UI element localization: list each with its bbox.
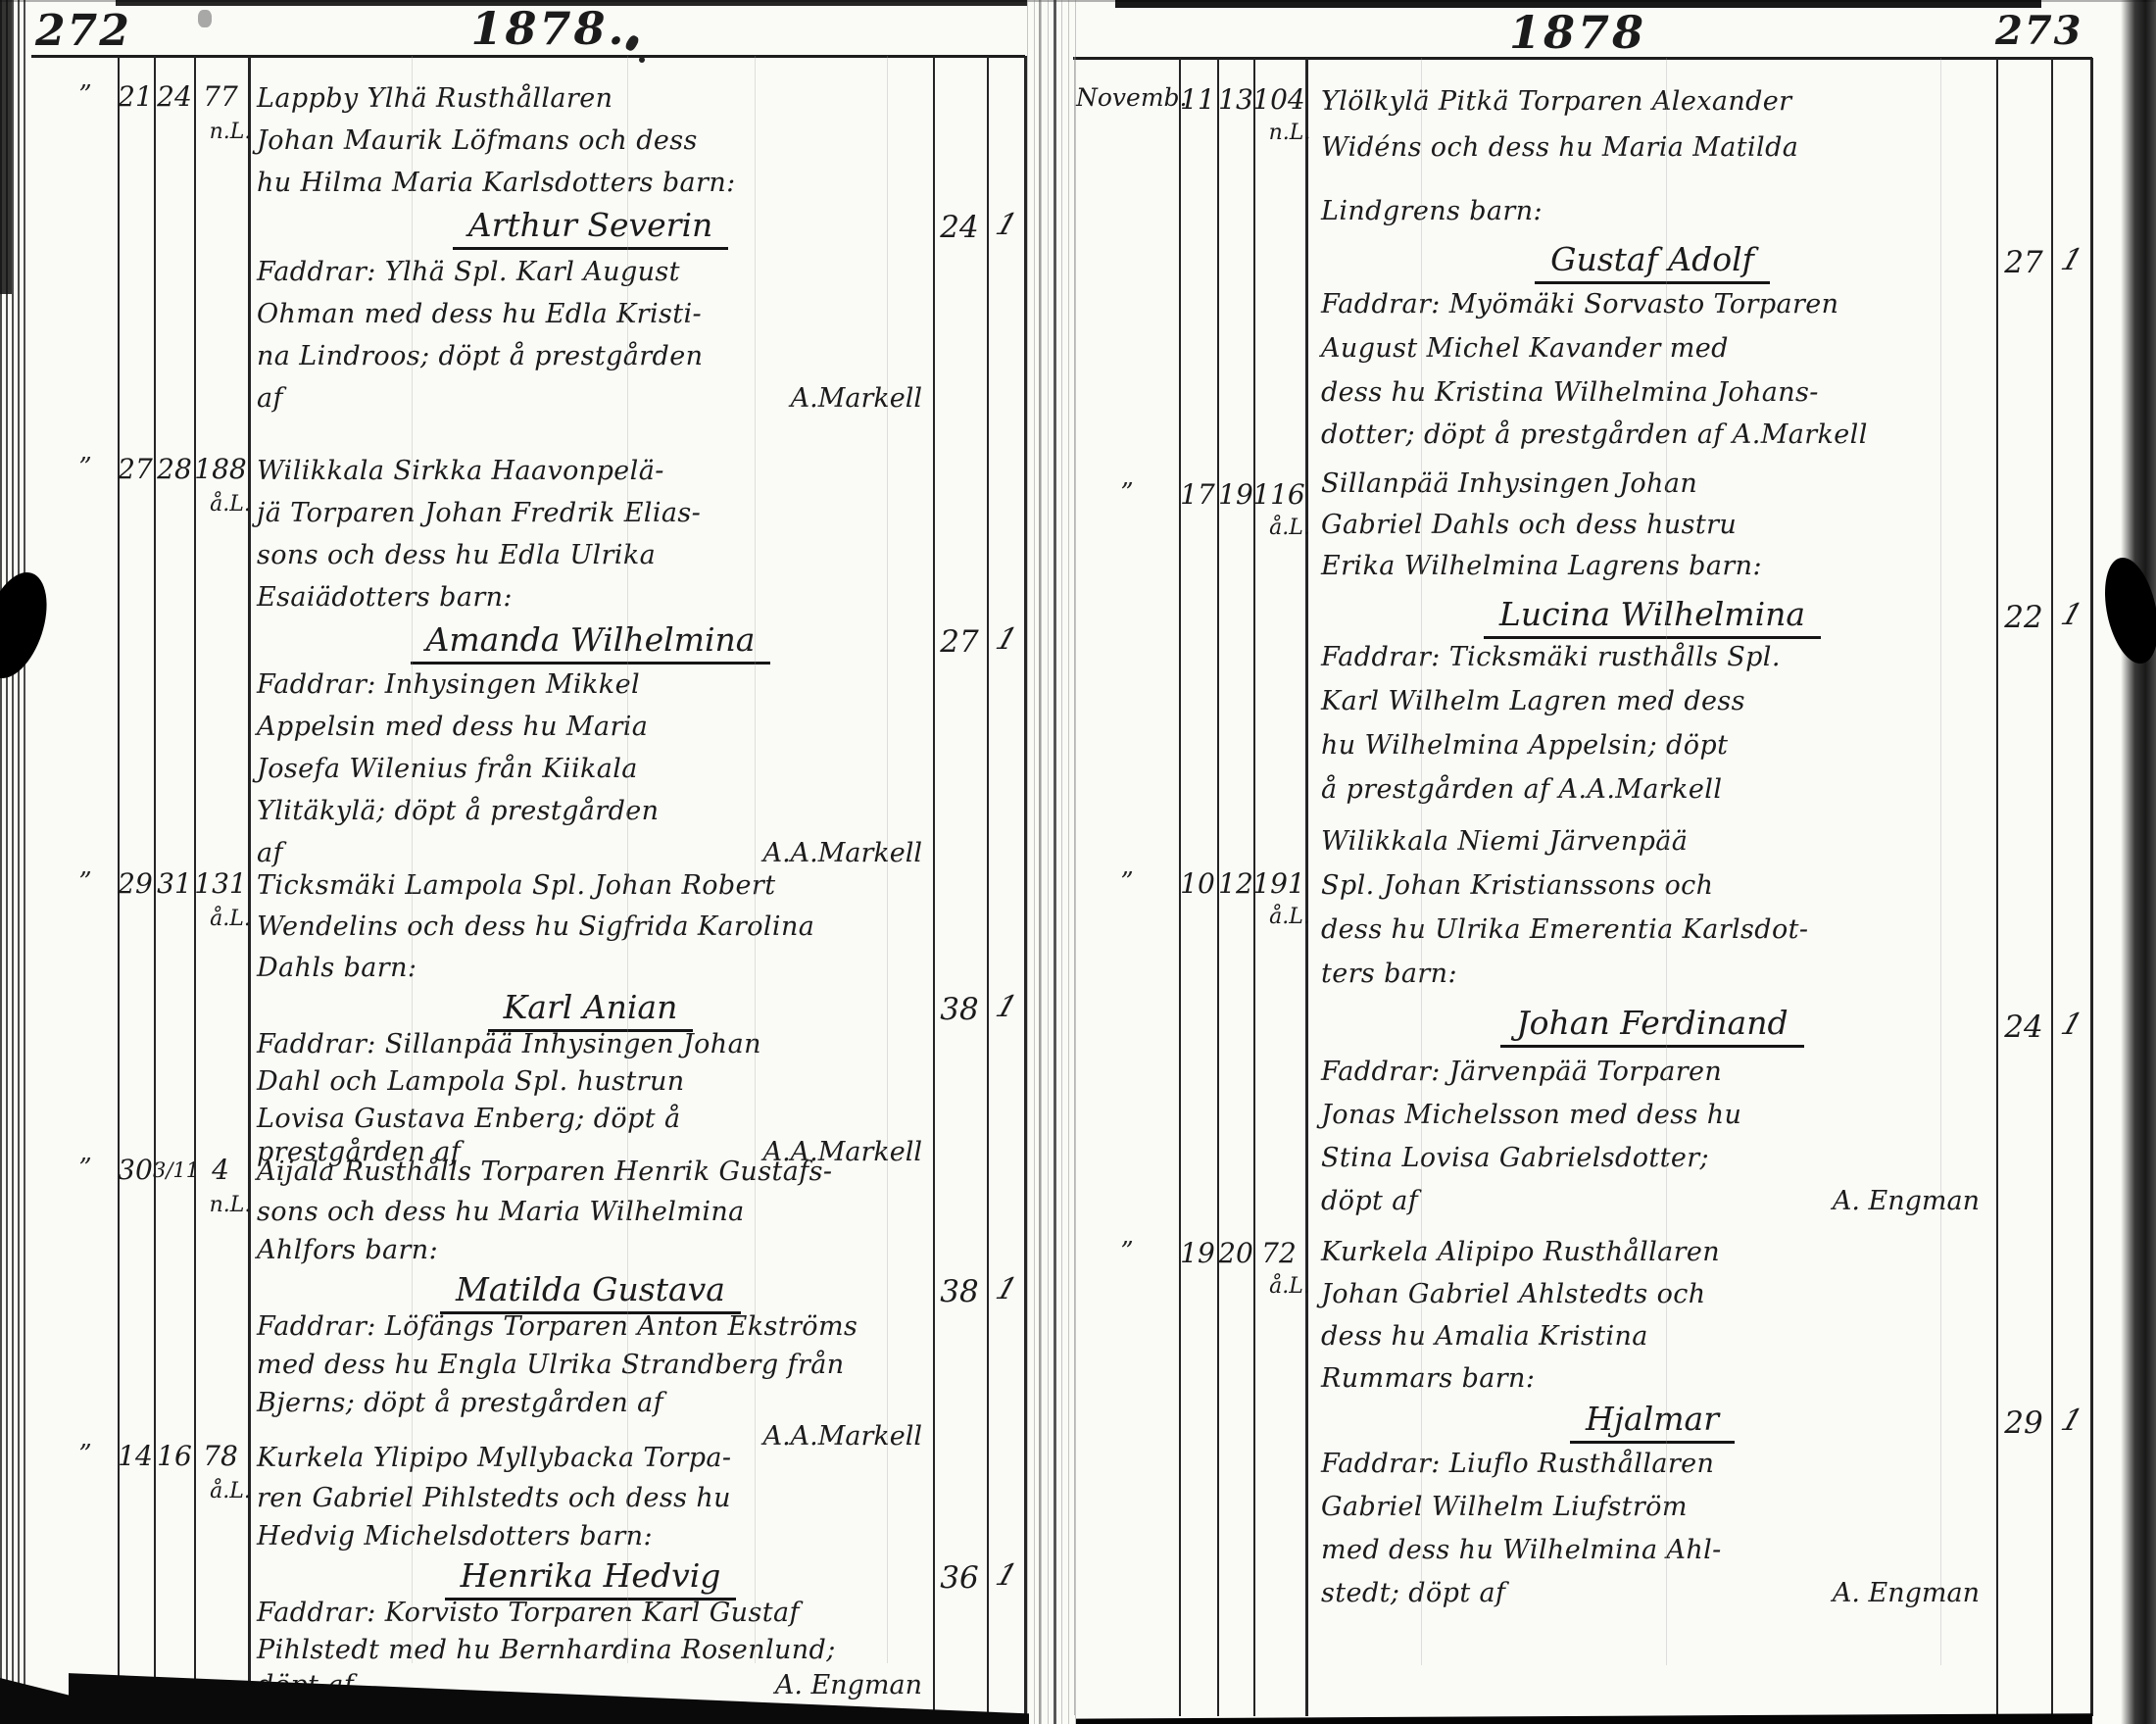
entry-text-line: Lindgrens barn: (1321, 196, 1543, 226)
scan-streak (1421, 58, 1422, 1665)
godparents-line: Faddrar: Liuflo Rusthållaren (1321, 1449, 1714, 1479)
child-name-text: Arthur Severin (453, 206, 729, 250)
record-number: 116 (1251, 478, 1306, 511)
godparents-line: å prestgården af A.A.Markell (1321, 774, 1722, 805)
godparents-line: Faddrar: Järvenpää Torparen (1321, 1057, 1722, 1087)
scan-streak (887, 56, 888, 1663)
entry-text-line: Aijala Rusthålls Torparen Henrik Gustafs… (257, 1157, 832, 1187)
godparents-line: Pihlstedt med hu Bernhardina Rosenlund; (257, 1635, 836, 1665)
day-born: 14 (116, 1440, 155, 1472)
record-number: 72 (1251, 1237, 1306, 1269)
column-line (1996, 58, 1998, 1716)
scan-left-blob (0, 565, 59, 686)
entry-text-line: sons och dess hu Maria Wilhelmina (257, 1197, 745, 1227)
entry-text-line: Johan Gabriel Ahlstedts och (1321, 1279, 1706, 1309)
day-baptized: 24 (153, 80, 196, 113)
record-note: n.L. (196, 120, 265, 144)
godparents-line: dotter; döpt å prestgården af A.Markell (1321, 419, 1868, 450)
margin-number: 38 (931, 1274, 988, 1309)
ditto-mark: ” (61, 80, 110, 110)
ditto-mark: ” (1102, 867, 1151, 897)
day-born: 10 (1177, 867, 1218, 900)
record-number: 77 (192, 80, 249, 113)
godparents-line: Lovisa Gustava Enberg; döpt å (257, 1104, 681, 1134)
scan-streak (627, 56, 628, 1663)
day-born: 29 (116, 867, 155, 900)
signature: A. Engman (1313, 1578, 1980, 1608)
child-name: Lucina Wilhelmina (1309, 595, 1995, 639)
day-born: 27 (116, 453, 155, 485)
godparents-line: August Michel Kavander med (1321, 333, 1729, 364)
scanned-register-page: { "left_page": { "page_number": "272", "… (0, 0, 2156, 1724)
ditto-mark: ” (1102, 478, 1151, 508)
day-baptized: 31 (153, 867, 196, 900)
entry-text-line: ren Gabriel Pihlstedts och dess hu (257, 1483, 731, 1513)
child-name: Hjalmar (1309, 1400, 1995, 1444)
godparents-line: Faddrar: Ylhä Spl. Karl August (257, 257, 680, 287)
margin-number: 38 (931, 992, 988, 1027)
record-note: å.L. (196, 907, 265, 931)
day-born: 21 (116, 80, 155, 113)
day-born: 19 (1177, 1237, 1218, 1269)
godparents-line: Josefa Wilenius från Kiikala (257, 754, 638, 784)
record-note: n.L. (1257, 121, 1322, 145)
day-baptized: 28 (153, 453, 196, 485)
day-baptized: 20 (1215, 1237, 1256, 1269)
child-name-text: Johan Ferdinand (1500, 1004, 1803, 1048)
record-number: 104 (1251, 83, 1306, 116)
child-name: Amanda Wilhelmina (248, 620, 933, 665)
entry-text-line: Lappby Ylhä Rusthållaren (257, 83, 612, 114)
ink-speck (198, 10, 212, 27)
godparents-line: Faddrar: Löfängs Torparen Anton Ekströms (257, 1311, 857, 1342)
godparents-line: med dess hu Engla Ulrika Strandberg från (257, 1350, 844, 1380)
right-table-top-rule (1073, 57, 2092, 60)
scan-right-edge-band (2121, 0, 2156, 1724)
godparents-line: hu Wilhelmina Appelsin; döpt (1321, 730, 1728, 761)
record-number: 191 (1251, 867, 1306, 900)
record-note: å.L. (1257, 516, 1322, 540)
entry-text-line: dess hu Ulrika Emerentia Karlsdot- (1321, 914, 1808, 945)
entry-text-line: Wilikkala Niemi Järvenpää (1321, 826, 1688, 857)
godparents-line: Karl Wilhelm Lagren med dess (1321, 686, 1745, 716)
entry-text-line: Erika Wilhelmina Lagrens barn: (1321, 551, 1762, 581)
godparents-line: Faddrar: Inhysingen Mikkel (257, 669, 640, 700)
scan-top-edge-left (116, 0, 1027, 6)
record-number: 78 (192, 1440, 249, 1472)
entry-text-line: hu Hilma Maria Karlsdotters barn: (257, 168, 736, 198)
day-baptized: 16 (153, 1440, 196, 1472)
entry-text-line: dess hu Amalia Kristina (1321, 1321, 1648, 1352)
gutter-streaks (1027, 0, 1078, 1724)
record-note: å.L. (196, 492, 265, 517)
entry-text-line: Ticksmäki Lampola Spl. Johan Robert (257, 870, 775, 901)
child-name-text: Lucina Wilhelmina (1484, 595, 1821, 639)
gutter-line (1053, 0, 1056, 1724)
child-name: Karl Anian (248, 988, 933, 1032)
scan-top-edge-right (1115, 0, 2041, 8)
child-name-text: Amanda Wilhelmina (411, 620, 771, 665)
ditto-mark: ” (61, 1154, 110, 1183)
child-name: Gustaf Adolf (1309, 240, 1995, 284)
entry-text-line: Gabriel Dahls och dess hustru (1321, 510, 1737, 540)
ditto-mark: ” (61, 1440, 110, 1469)
day-baptized: 19 (1215, 478, 1256, 511)
godparents-line: Faddrar: Korvisto Torparen Karl Gustaf (257, 1598, 800, 1628)
record-number: 4 (192, 1154, 249, 1186)
scan-streak (412, 56, 413, 1663)
entry-text-line: Kurkela Ylipipo Myllybacka Torpa- (257, 1443, 731, 1473)
day-born: 30 (116, 1154, 155, 1186)
child-name: Johan Ferdinand (1309, 1004, 1995, 1048)
signature: A.A.Markell (248, 838, 922, 868)
godparents-line: Ylitäkylä; döpt å prestgården (257, 796, 659, 826)
day-baptized: 12 (1215, 867, 1256, 900)
gutter-line (1039, 0, 1041, 1724)
godparents-line: Stina Lovisa Gabrielsdotter; (1321, 1143, 1709, 1173)
signature: A.Markell (248, 383, 922, 414)
entry-text-line: Widéns och dess hu Maria Matilda (1321, 132, 1798, 163)
left-table-top-rule (31, 55, 1025, 58)
margin-number: 24 (1994, 1010, 2053, 1045)
margin-number: 22 (1994, 600, 2053, 635)
scan-streak (755, 56, 756, 1663)
day-born: 11 (1177, 83, 1218, 116)
right-page-number: 273 (1995, 8, 2083, 54)
signature: A. Engman (1313, 1186, 1980, 1216)
child-name-text: Gustaf Adolf (1535, 240, 1770, 284)
day-baptized: 13 (1215, 83, 1256, 116)
left-page-number: 272 (35, 6, 131, 56)
entry-text-line: Kurkela Alipipo Rusthållaren (1321, 1237, 1720, 1267)
entry-text-line: Ylölkylä Pitkä Torparen Alexander (1321, 86, 1791, 117)
entry-text-line: Hedvig Michelsdotters barn: (257, 1521, 653, 1552)
scan-left-edge-dark (0, 0, 12, 294)
godparents-line: Dahl och Lampola Spl. hustrun (257, 1066, 685, 1097)
margin-number: 27 (1994, 245, 2053, 280)
child-name-text: Matilda Gustava (440, 1270, 741, 1314)
record-number: 131 (192, 867, 249, 900)
child-name-text: Hjalmar (1570, 1400, 1735, 1444)
scan-bottom-corner-left (0, 1678, 73, 1724)
entry-text-line: Sillanpää Inhysingen Johan (1321, 468, 1697, 499)
day-born: 17 (1177, 478, 1218, 511)
column-line (933, 56, 935, 1712)
godparents-line: Jonas Michelsson med dess hu (1321, 1100, 1741, 1130)
month-label: Novemb. (1076, 83, 1178, 112)
entry-text-line: Spl. Johan Kristianssons och (1321, 870, 1713, 901)
godparents-line: Appelsin med dess hu Maria (257, 712, 648, 742)
entry-text-line: Wilikkala Sirkka Haavonpelä- (257, 456, 664, 486)
ditto-mark: ” (61, 453, 110, 482)
record-note: å.L. (1257, 905, 1322, 929)
entry-text-line: Rummars barn: (1321, 1363, 1535, 1394)
godparents-line: na Lindroos; döpt å prestgården (257, 341, 703, 371)
child-name: Henrika Hedvig (248, 1556, 933, 1601)
godparents-line: Faddrar: Sillanpää Inhysingen Johan (257, 1029, 761, 1059)
right-page-right-border (2090, 58, 2093, 1716)
entry-text-line: jä Torparen Johan Fredrik Elias- (257, 498, 701, 528)
godparents-line: Faddrar: Myömäki Sorvasto Torparen (1321, 289, 1838, 320)
child-name-text: Karl Anian (488, 988, 694, 1032)
record-number: 188 (192, 453, 249, 485)
column-line (2051, 58, 2053, 1716)
entry-text-line: Dahls barn: (257, 953, 416, 983)
record-note: å.L. (1257, 1274, 1322, 1299)
child-name: Matilda Gustava (248, 1270, 933, 1314)
entry-text-line: Johan Maurik Löfmans och dess (257, 125, 698, 156)
day-baptized: 3/11 (153, 1158, 196, 1182)
entry-text-line: ters barn: (1321, 959, 1457, 989)
scan-bottom-bar-right (1076, 1712, 2092, 1724)
right-year-header: 1878 (1470, 6, 1686, 59)
godparents-line: Faddrar: Ticksmäki rusthålls Spl. (1321, 642, 1781, 672)
godparents-line: Bjerns; döpt å prestgården af (257, 1388, 663, 1418)
godparents-line: dess hu Kristina Wilhelmina Johans- (1321, 377, 1819, 408)
entry-text-line: Wendelins och dess hu Sigfrida Karolina (257, 911, 814, 942)
godparents-line: med dess hu Wilhelmina Ahl- (1321, 1535, 1722, 1565)
ditto-mark: ” (61, 867, 110, 897)
record-note: n.L. (196, 1193, 265, 1217)
margin-number: 24 (931, 210, 988, 245)
margin-number: 29 (1994, 1405, 2053, 1441)
column-line (987, 56, 989, 1712)
child-name-text: Henrika Hedvig (445, 1556, 737, 1601)
ink-speck (639, 57, 645, 63)
record-note: å.L. (196, 1479, 265, 1503)
godparents-line: Gabriel Wilhelm Liufström (1321, 1492, 1688, 1522)
scan-streak (1666, 58, 1667, 1665)
margin-number: 27 (931, 624, 988, 660)
entry-text-line: Esaiädotters barn: (257, 582, 513, 613)
margin-number: 36 (931, 1560, 988, 1596)
entry-text-line: sons och dess hu Edla Ulrika (257, 540, 656, 570)
child-name: Arthur Severin (248, 206, 933, 250)
godparents-line: Ohman med dess hu Edla Kristi- (257, 299, 702, 329)
ditto-mark: ” (1102, 1237, 1151, 1266)
scan-streak (1940, 58, 1941, 1665)
